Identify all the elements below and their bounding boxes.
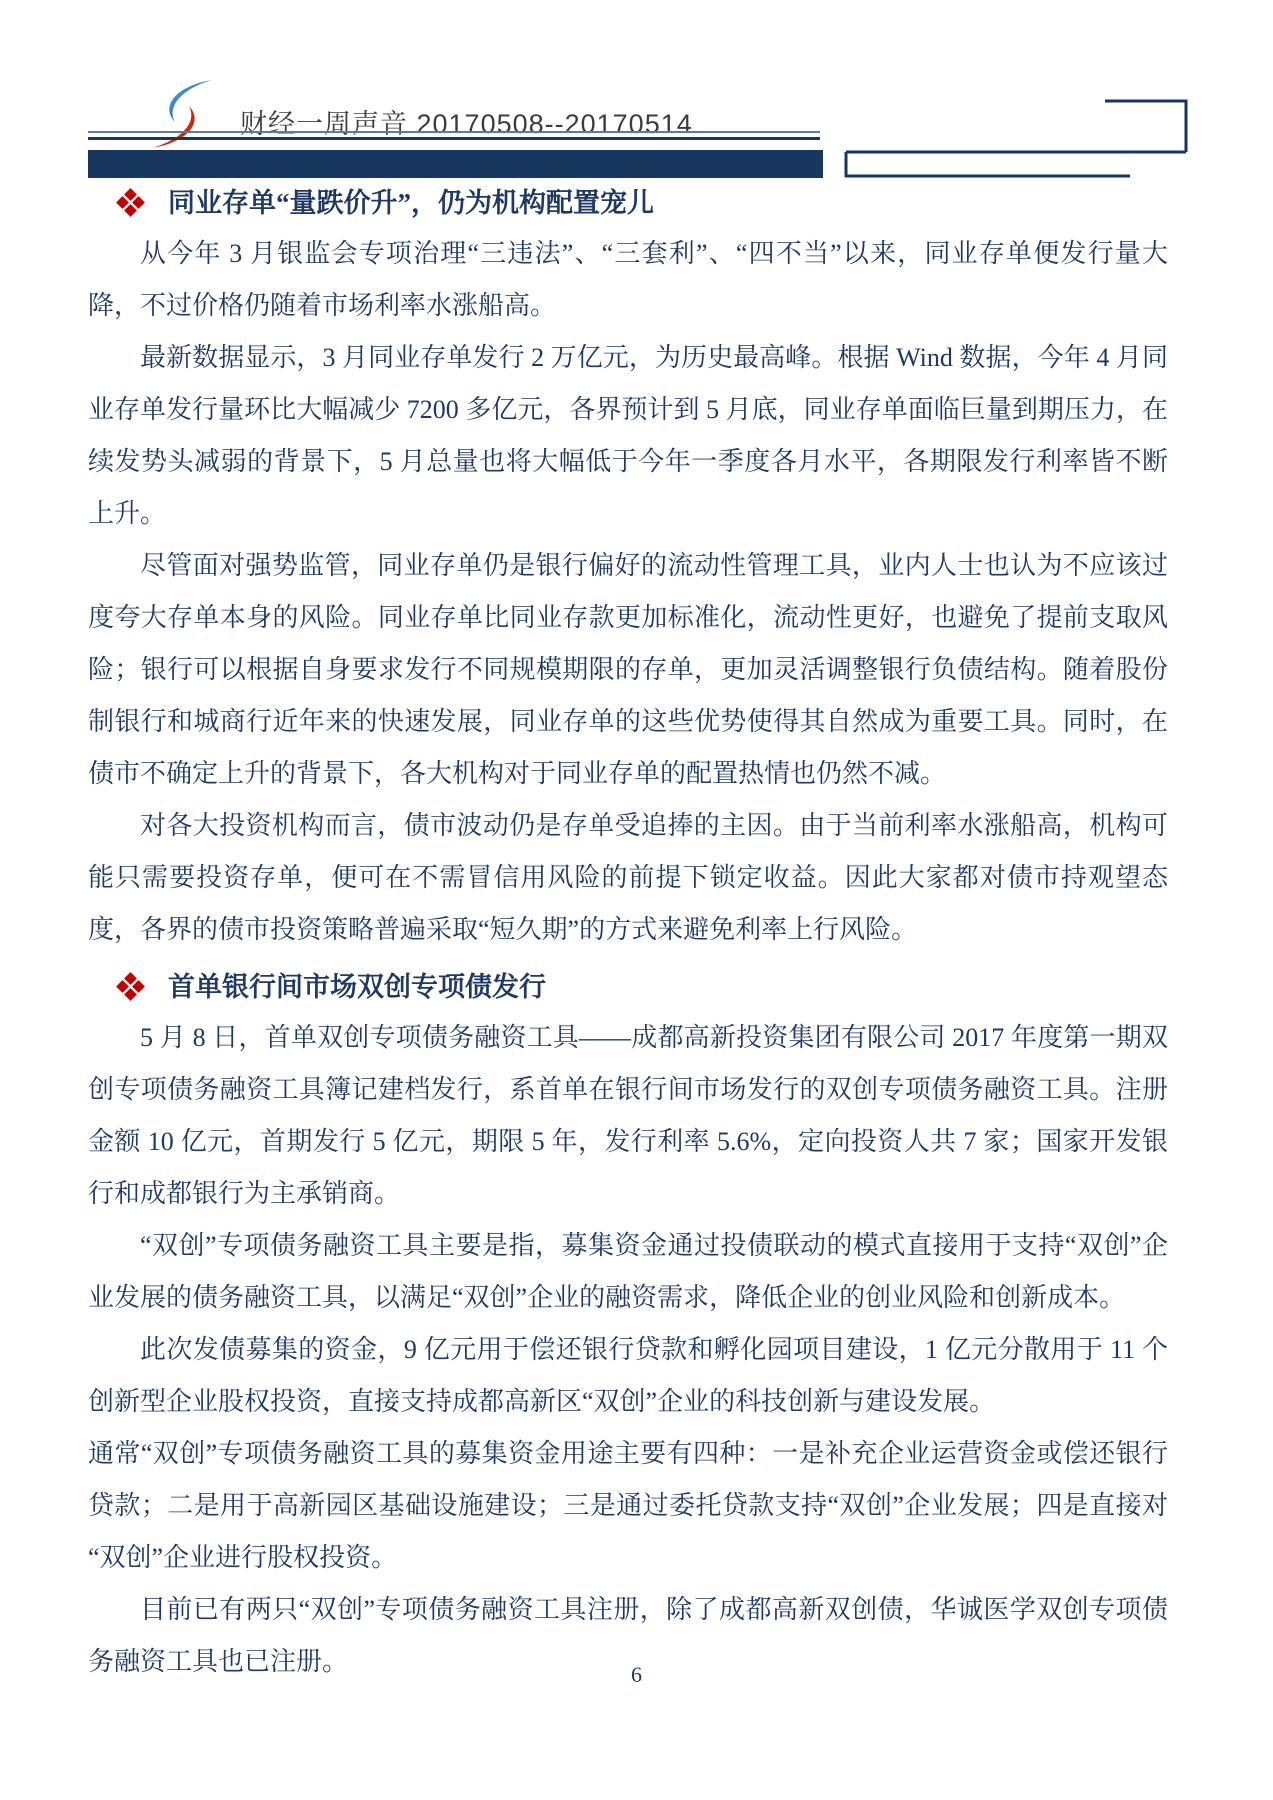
paragraph: 通常“双创”专项债务融资工具的募集资金用途主要有四种：一是补充企业运营资金或偿还… — [88, 1428, 1168, 1584]
paragraph: 从今年 3 月银监会专项治理“三违法”、“三套利”、“四不当”以来，同业存单便发… — [88, 228, 1168, 332]
page-number: 6 — [0, 1662, 1273, 1688]
section-heading: 首单银行间市场双创专项债发行 — [88, 970, 1168, 1004]
paragraph: 5 月 8 日，首单双创专项债务融资工具——成都高新投资集团有限公司 2017 … — [88, 1012, 1168, 1220]
title-underline — [88, 131, 820, 140]
company-logo-icon — [138, 78, 226, 152]
paragraph: 最新数据显示，3 月同业存单发行 2 万亿元，为历史最高峰。根据 Wind 数据… — [88, 332, 1168, 540]
diamond-bullet-icon — [118, 974, 144, 1000]
paragraph: 尽管面对强势监管，同业存单仍是银行偏好的流动性管理工具，业内人士也认为不应该过度… — [88, 540, 1168, 800]
section-interbank-cds: 同业存单“量跌价升”，仍为机构配置宠儿 从今年 3 月银监会专项治理“三违法”、… — [88, 186, 1168, 956]
section-heading-text: 同业存单“量跌价升”，仍为机构配置宠儿 — [168, 186, 654, 220]
paragraph: 此次发债募集的资金，9 亿元用于偿还银行贷款和孵化园项目建设，1 亿元分散用于 … — [88, 1324, 1168, 1428]
diamond-bullet-icon — [118, 190, 144, 216]
section-innovation-bond: 首单银行间市场双创专项债发行 5 月 8 日，首单双创专项债务融资工具——成都高… — [88, 970, 1168, 1688]
paragraph: “双创”专项债务融资工具主要是指，募集资金通过投债联动的模式直接用于支持“双创”… — [88, 1220, 1168, 1324]
header-corner-frame — [840, 95, 1200, 187]
section-heading-text: 首单银行间市场双创专项债发行 — [168, 970, 546, 1004]
section-heading: 同业存单“量跌价升”，仍为机构配置宠儿 — [88, 186, 1168, 220]
document-body: 同业存单“量跌价升”，仍为机构配置宠儿 从今年 3 月银监会专项治理“三违法”、… — [88, 186, 1168, 1688]
paragraph: 对各大投资机构而言，债市波动仍是存单受追捧的主因。由于当前利率水涨船高，机构可能… — [88, 800, 1168, 956]
header-navy-bar — [88, 150, 823, 178]
document-page: 财经一周声音 20170508--20170514 同业存单“量跌价升”，仍为机… — [0, 0, 1273, 1800]
